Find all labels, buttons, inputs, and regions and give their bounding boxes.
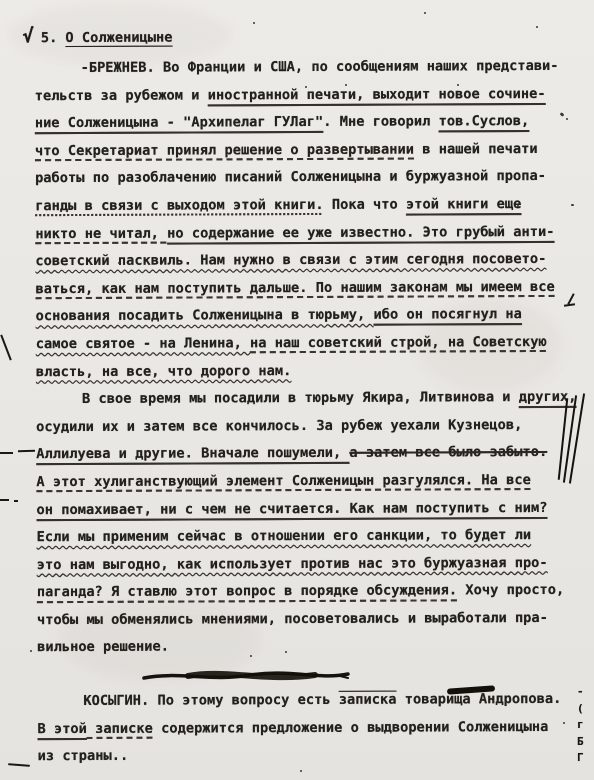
text-segment: что Секретариат принял решение о разверт… xyxy=(35,141,414,159)
edge-bleed-fragments: - ( г Б Г xyxy=(577,684,594,767)
scan-speck xyxy=(253,22,255,24)
text-segment: записке xyxy=(87,720,153,736)
text-line: никто не читал, но содержание ее уже изв… xyxy=(35,218,579,248)
scan-speck xyxy=(571,204,574,206)
text-line: ганды в связи с выходом этой книги. Пока… xyxy=(35,191,579,221)
text-segment: Если мы применим сейчас в отношении его … xyxy=(37,527,532,545)
text-segment: он помахивает, ни с чем не считается. Ка… xyxy=(36,499,547,517)
margin-dash-mark xyxy=(14,500,18,502)
text-segment: осудили их и затем все кончилось. За руб… xyxy=(36,417,522,435)
text-segment: А этот хулиганствующий элемент Солженицы… xyxy=(36,472,531,490)
text-line: КОСЫГИН. По этому вопросу есть записка т… xyxy=(37,686,581,716)
text-segment: на наш советский строй, на Советскую xyxy=(250,334,547,351)
text-line: А этот хулиганствующий элемент Солженицы… xyxy=(36,467,580,497)
text-line: основания посадить Солженицына в тюрьму,… xyxy=(36,301,580,331)
text-segment: Хочу просто, xyxy=(457,582,564,598)
document-page: √5.О Солженицыне -БРЕЖНЕВ. Во Франции и … xyxy=(0,0,594,780)
text-line: ние Солженицына - "Архипелаг ГУЛаг". Мне… xyxy=(35,108,579,138)
text-line: вильное решение. xyxy=(37,632,581,662)
text-line: тельств за рубежом и иностранной печати,… xyxy=(35,80,579,110)
text-segment: власть, на все, что дорого нам. xyxy=(36,363,292,380)
text-segment: ние Солженицына - "Архипелаг ГУЛаг" xyxy=(35,114,323,131)
text-line: Если мы применим сейчас в отношении его … xyxy=(37,522,581,552)
scan-speck xyxy=(285,651,287,653)
text-segment: записка xyxy=(339,692,397,708)
text-segment: паганда? Я ставлю этот вопрос в порядке … xyxy=(37,583,457,601)
text-line: из страны.. xyxy=(38,741,582,771)
text-segment: В свое время мы посадили в тюрьму Якира,… xyxy=(82,389,519,407)
pen-scribble xyxy=(140,664,355,686)
scan-speck xyxy=(563,722,565,724)
section-heading: √5.О Солженицыне xyxy=(34,19,578,55)
text-segment: Пока что xyxy=(324,197,406,213)
text-segment: чтобы мы обменялись мнениями, посоветова… xyxy=(37,610,548,628)
scan-speck xyxy=(457,84,459,86)
checkmark-icon: √ xyxy=(22,25,34,47)
text-line: работы по разоблачению писаний Солженицы… xyxy=(35,163,579,193)
text-segment: советский пасквиль. Нам нужно в связи с … xyxy=(35,251,546,269)
text-segment: вильное решение. xyxy=(37,639,169,656)
text-segment: в нашей печати xyxy=(414,141,538,158)
text-segment: никто не читал, xyxy=(35,225,167,242)
text-line: самое святое - на Ленина, на наш советск… xyxy=(36,329,580,359)
text-line: паганда? Я ставлю этот вопрос в порядке … xyxy=(37,577,581,607)
text-segment: . Мне говорил xyxy=(323,114,438,131)
scan-speck xyxy=(118,262,120,264)
scan-speck xyxy=(424,12,426,14)
text-line: Аллилуева и другие. Вначале пошумели, а … xyxy=(36,439,580,469)
text-segment: тов.Суслов, xyxy=(439,113,530,129)
text-segment: Аллилуева и другие. xyxy=(36,446,193,463)
text-segment: но содержание ее уже известно. Это грубы… xyxy=(167,223,554,241)
margin-dash-mark xyxy=(0,499,9,501)
text-line: В свое время мы посадили в тюрьму Якира,… xyxy=(36,384,580,414)
text-segment: КОСЫГИН. По этому вопросу есть xyxy=(83,692,339,709)
margin-dash-mark xyxy=(8,763,30,767)
text-segment: тельств за рубежом и xyxy=(35,87,208,104)
text-segment: иностранной печати, выходит новое сочине… xyxy=(208,86,546,103)
text-segment: В этой xyxy=(37,721,87,737)
text-segment: -БРЕЖНЕВ. Во Франции и США, по сообщения… xyxy=(81,58,559,76)
scan-speck xyxy=(300,770,302,772)
text-segment: других, xyxy=(519,389,577,405)
text-segment: содержится предложение о выдворении Солж… xyxy=(153,719,549,737)
text-line: чтобы мы обменялись мнениями, посоветова… xyxy=(37,605,581,635)
text-line: что Секретариат принял решение о разверт… xyxy=(35,136,579,166)
text-segment: основания посадить Солженицына в тюрьму, xyxy=(36,307,374,324)
text-line: -БРЕЖНЕВ. Во Франции и США, по сообщения… xyxy=(35,53,579,83)
text-segment: Вначале пошумели, xyxy=(193,445,350,462)
margin-backslash-mark xyxy=(0,335,12,361)
scan-speck xyxy=(437,257,439,259)
text-segment: а затем все было забыто. xyxy=(349,444,547,461)
scan-speck xyxy=(536,26,538,28)
text-line: В этой записке содержится предложение о … xyxy=(37,713,581,743)
text-segment: этой книги еще xyxy=(406,196,521,213)
scan-speck xyxy=(305,86,307,88)
scan-speck xyxy=(566,118,568,120)
section-title: О Солженицыне xyxy=(65,30,172,46)
text-line: ваться, как нам поступить дальше. По наш… xyxy=(35,274,579,304)
text-segment: ганды в связи с выходом этой книги. xyxy=(35,197,323,214)
margin-dash-mark xyxy=(18,450,35,453)
scan-speck xyxy=(250,655,252,657)
text-line: это нам выгодно, как использует против н… xyxy=(37,549,581,579)
text-line: он помахивает, ни с чем не считается. Ка… xyxy=(36,494,580,524)
text-segment: работы по разоблачению писаний Солженицы… xyxy=(35,168,546,186)
document-body: √5.О Солженицыне -БРЕЖНЕВ. Во Франции и … xyxy=(34,19,581,771)
text-line: власть, на все, что дорого нам. xyxy=(36,356,580,386)
text-segment: самое святое - на Ленина, xyxy=(36,335,250,352)
text-segment: из страны.. xyxy=(38,748,129,764)
text-line: советский пасквиль. Нам нужно в связи с … xyxy=(35,246,579,276)
text-segment: товарища Андропова. xyxy=(396,691,561,708)
scan-speck xyxy=(30,650,32,652)
text-line: осудили их и затем все кончилось. За руб… xyxy=(36,412,580,442)
scan-speck xyxy=(517,205,519,207)
scan-speck xyxy=(345,84,347,86)
margin-dash-mark xyxy=(0,452,13,454)
section-number: 5. xyxy=(41,30,58,46)
text-segment: ибо он посягнул на xyxy=(373,306,521,323)
text-segment: ваться, как нам поступить дальше. По наш… xyxy=(36,279,555,297)
text-segment: это нам выгодно, как использует против н… xyxy=(37,555,548,573)
